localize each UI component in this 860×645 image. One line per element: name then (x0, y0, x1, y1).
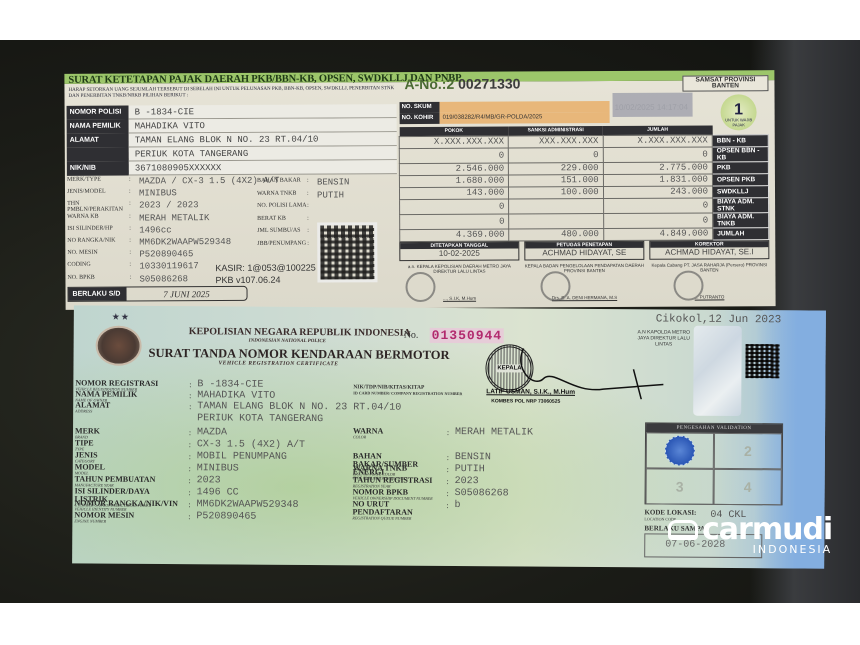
stnk-field-row: NOMOR MESINENGINE NUMBER:P520890465 (74, 511, 256, 524)
validation-cell-3: 3 (646, 468, 714, 504)
detail-row: ISI SILINDER/HP:1496cc (67, 225, 171, 236)
validation-cell-1 (646, 432, 714, 468)
car-icon (668, 520, 698, 540)
police-emblem-icon (95, 326, 141, 366)
field-value: PERIUK KOTA TANGERANG (129, 146, 397, 161)
redaction-blur (612, 93, 692, 117)
valid-until-value: 7 JUNI 2025 (127, 287, 247, 301)
detail-row: BAHAN BAKAR:BENSIN (257, 177, 349, 187)
field-value: MAHADIKA VITO (129, 118, 397, 133)
no-kohir: NO. KOHIR 019/038282/R4/MB/GR-POLDA/2025 (400, 112, 610, 124)
detail-row: WARNA KB:MERAH METALIK (67, 213, 209, 224)
assessor-box: PETUGAS PENETAPAN ACHMAD HIDAYAT, SE (524, 241, 644, 261)
kasir-line: KASIR: 1@053@100225 (215, 263, 315, 274)
form-number: A-No.:2 00271330 (404, 75, 520, 92)
stnk-header: KEPOLISIAN NEGARA REPUBLIK INDONESIA (189, 326, 411, 339)
skpd-title: SURAT KETETAPAN PAJAK DAERAH PKB/BBN-KB,… (68, 73, 461, 86)
detail-row: JBB/PENUMPANG: (257, 240, 317, 246)
stnk-field-row: WARNACOLOR:MERAH METALIK (353, 427, 533, 440)
validation-cell-2: 2 (714, 433, 782, 469)
signatories: a.n. KEPALA KEPOLISIAN DAERAH METRO JAYA… (399, 262, 769, 301)
signatory-jasa-raharja: Kepala Cabang PT. JASA RAHARJA (Persero)… (649, 262, 769, 300)
detail-row: BERAT KB: (257, 215, 317, 221)
valid-until-label: BERLAKU S/D (69, 288, 127, 301)
assessment-signature-boxes: DITETAPKAN TANGGAL 10-02-2025 PETUGAS PE… (399, 240, 769, 261)
detail-row: JML SUMBU/AS: (257, 228, 317, 234)
detail-row: CODING:10330119617 (67, 262, 198, 273)
field-label: NIK/NIB (67, 162, 129, 176)
field-value: B -1834-CIE (129, 104, 397, 119)
valid-until: BERLAKU S/D 7 JUNI 2025 (68, 286, 248, 302)
skpd-subtitle: HARAP SETORKAN UANG SEJUMLAH TERSEBUT DI… (68, 86, 398, 100)
qr-code (745, 344, 779, 378)
detail-row: MERK/TYPE:MAZDA / CX-3 1.5 (4X2) A/T (67, 176, 279, 187)
fee-header: SANKSI ADMINISTRASI (508, 126, 602, 135)
stars-icon: ★★ (112, 312, 130, 323)
stnk-serial: 01350944 (430, 328, 505, 344)
carmudi-watermark: carmudi INDONESIA (668, 512, 832, 556)
hologram (693, 326, 742, 416)
round-stamp (405, 272, 435, 302)
field-label (67, 148, 129, 162)
corrector-box: KOREKTOR ACHMAD HIDAYAT, SE.I (649, 240, 769, 260)
round-stamp (673, 271, 703, 301)
signer-name: LATIF USMAN, S.I.K., M.Hum (486, 388, 575, 396)
stnk-field-row: NO URUT PENDAFTARANREGISTRATION QUEUE NU… (352, 500, 460, 521)
validation-stamp-icon (665, 436, 695, 466)
detail-row: THN PMBLN/PERAKITAN:2023 / 2023 (67, 201, 198, 214)
validation-grid: PENGESAHAN VALIDATION 2 3 4 (645, 422, 784, 505)
qr-code (317, 222, 377, 282)
fee-table: POKOK SANKSI ADMINISTRASI JUMLAH X.XXX.X… (399, 125, 770, 241)
round-stamp (540, 271, 570, 301)
field-value: TAMAN ELANG BLOK N NO. 23 RT.04/10 (129, 132, 397, 147)
samsat-badge: SAMSAT PROVINSI BANTEN (682, 75, 768, 91)
tax-assessment-document: SURAT KETETAPAN PAJAK DAERAH PKB/BBN-KB,… (64, 70, 775, 310)
assessed-date-box: DITETAPKAN TANGGAL 10-02-2025 (399, 241, 519, 261)
stnk-field-row: PERIUK KOTA TANGERANG (75, 413, 323, 425)
detail-row: NO. BPKB:S05086268 (67, 274, 188, 285)
detail-row: NO RANGKA/NIK:MM6DK2WAAPW529348 (67, 237, 231, 248)
detail-row: WARNA TNKB:PUTIH (257, 190, 344, 200)
detail-row: NO. POLISI LAMA: (257, 203, 317, 209)
validation-cell-4: 4 (714, 469, 782, 505)
field-label: NAMA PEMILIK (67, 120, 129, 134)
field-label: ALAMAT (67, 134, 129, 148)
issue-place-date: Cikokol,12 Jun 2023 (656, 313, 782, 326)
field-value: 3671080905XXXXXX (129, 160, 397, 175)
fee-row: 4.369.000480.0004.849.000JUMLAH (400, 227, 769, 241)
detail-row: JENIS/MODEL:MINIBUS (67, 188, 177, 199)
pkb-version: PKB v107.06.24 (215, 275, 280, 285)
detail-row: NO. MESIN:P520890465 (67, 249, 193, 260)
field-nik: NIK/NIB 3671080905XXXXXX (67, 160, 397, 176)
nik-label: NIK/TDP/NIB/KITAS/KITAPID CARD NUMBER/ C… (353, 385, 462, 397)
field-label: NOMOR POLISI (67, 106, 129, 120)
